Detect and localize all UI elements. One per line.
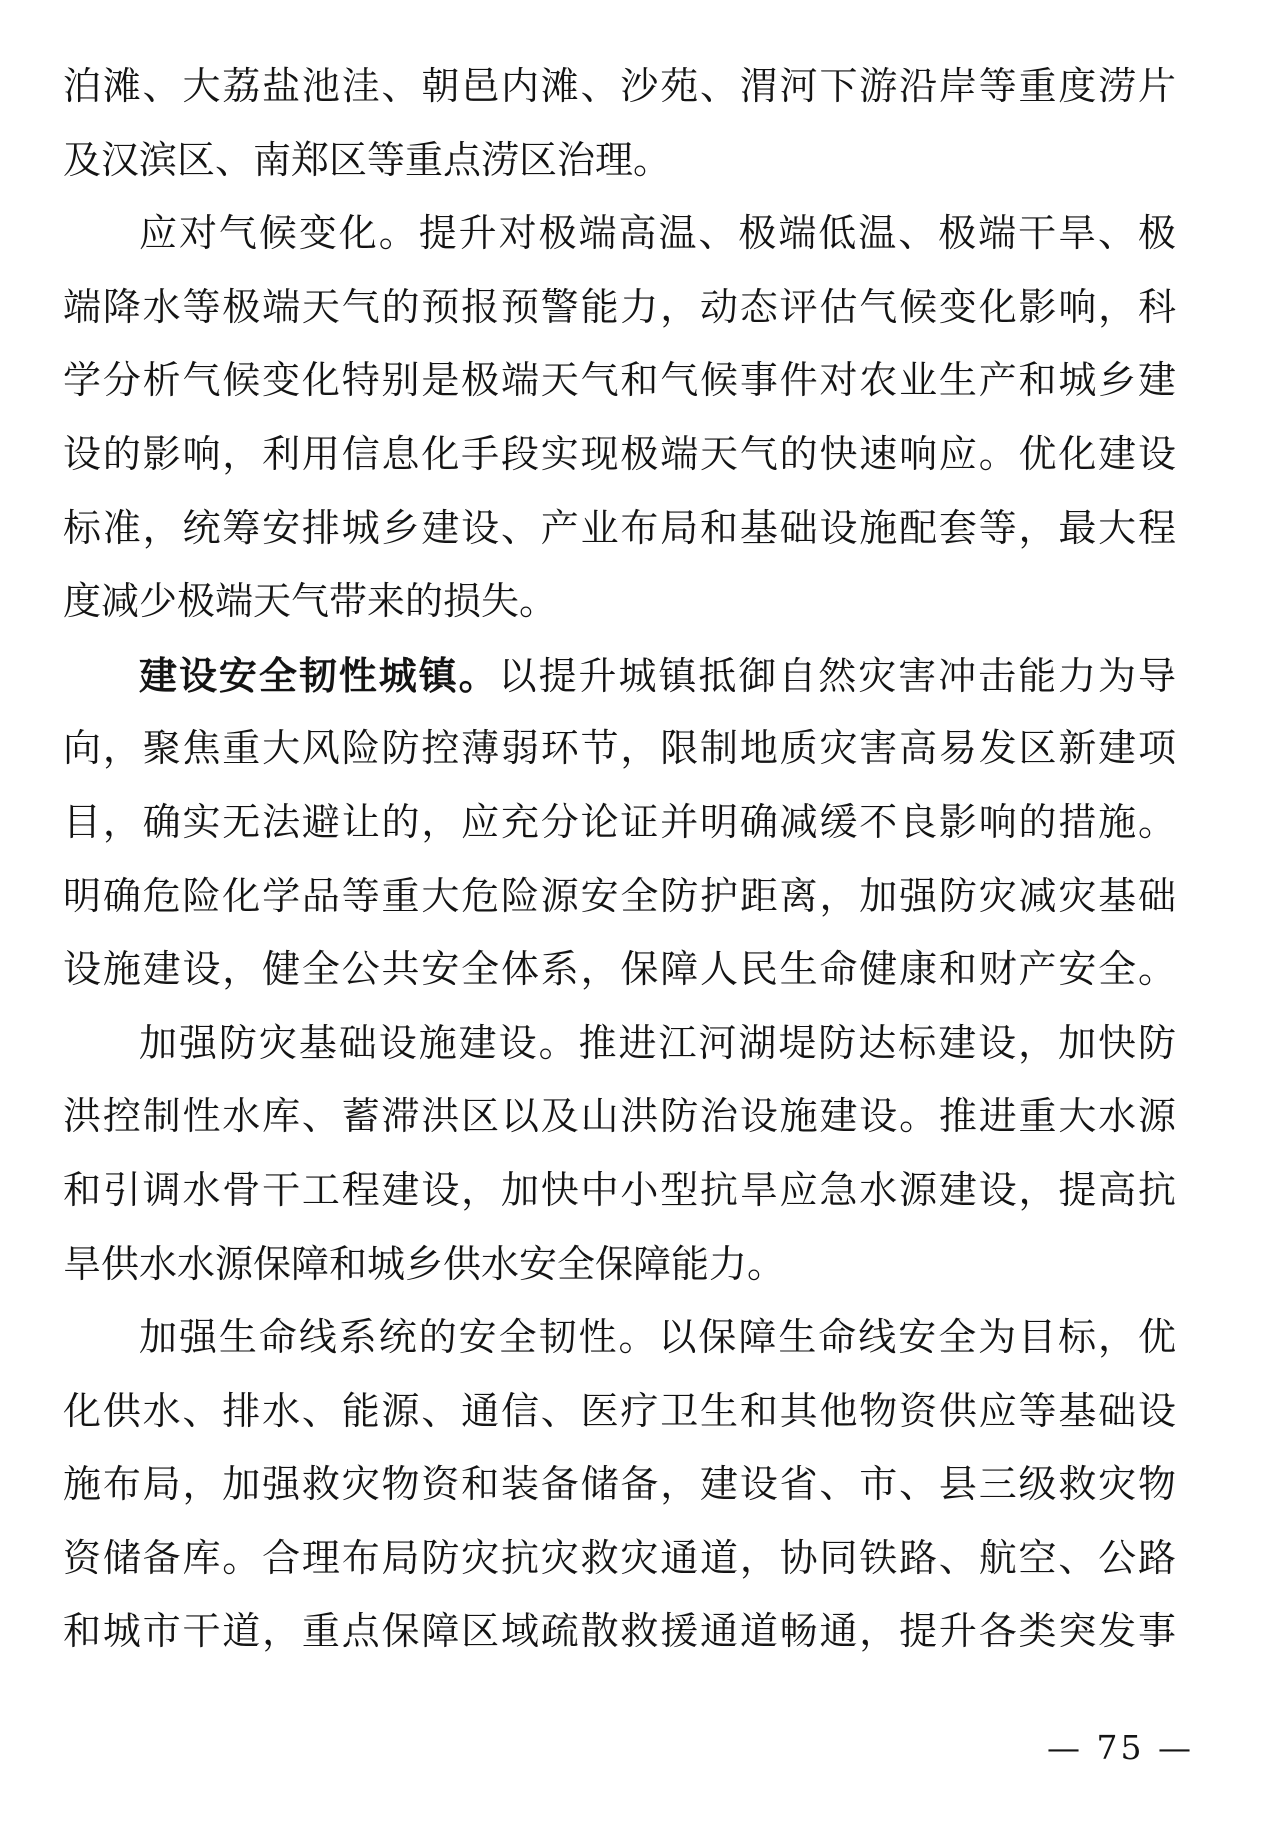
text-line: 和城市干道，重点保障区域疏散救援通道畅通，提升各类突发事 xyxy=(63,1595,1176,1669)
text-line: 应对气候变化。提升对极端高温、极端低温、极端干旱、极 xyxy=(63,197,1176,271)
text-line: 目，确实无法避让的，应充分论证并明确减缓不良影响的措施。 xyxy=(63,786,1176,860)
text-line: 设的影响，利用信息化手段实现极端天气的快速响应。优化建设 xyxy=(63,418,1176,492)
text-line: 度减少极端天气带来的损失。 xyxy=(63,565,1176,639)
text-line: 洪控制性水库、蓄滞洪区以及山洪防治设施建设。推进重大水源 xyxy=(63,1080,1176,1154)
text-line: 加强防灾基础设施建设。推进江河湖堤防达标建设，加快防 xyxy=(63,1007,1176,1081)
text-line: 明确危险化学品等重大危险源安全防护距离，加强防灾减灾基础 xyxy=(63,860,1176,934)
document-page: { "page": { "background": "#ffffff", "te… xyxy=(0,0,1280,1846)
text-line: 及汉滨区、南郑区等重点涝区治理。 xyxy=(63,124,1176,198)
text-line-continuation: 以提升城镇抵御自然灾害冲击能力为导 xyxy=(499,654,1176,698)
page-number: — 75 — xyxy=(1047,1728,1194,1767)
text-line: 设施建设，健全公共安全体系，保障人民生命健康和财产安全。 xyxy=(63,933,1176,1007)
text-line: 标准，统筹安排城乡建设、产业布局和基础设施配套等，最大程 xyxy=(63,492,1176,566)
text-block: 泊滩、大荔盐池洼、朝邑内滩、沙苑、渭河下游沿岸等重度涝片 及汉滨区、南郑区等重点… xyxy=(63,50,1176,1669)
text-line: 化供水、排水、能源、通信、医疗卫生和其他物资供应等基础设 xyxy=(63,1375,1176,1449)
text-line: 和引调水骨干工程建设，加快中小型抗旱应急水源建设，提高抗 xyxy=(63,1154,1176,1228)
bold-lead-phrase: 建设安全韧性城镇。 xyxy=(139,653,499,698)
text-line: 泊滩、大荔盐池洼、朝邑内滩、沙苑、渭河下游沿岸等重度涝片 xyxy=(63,50,1176,124)
text-line: 学分析气候变化特别是极端天气和气候事件对农业生产和城乡建 xyxy=(63,344,1176,418)
text-line: 施布局，加强救灾物资和装备储备，建设省、市、县三级救灾物 xyxy=(63,1448,1176,1522)
text-line: 端降水等极端天气的预报预警能力，动态评估气候变化影响，科 xyxy=(63,271,1176,345)
text-line: 向，聚焦重大风险防控薄弱环节，限制地质灾害高易发区新建项 xyxy=(63,712,1176,786)
text-line: 加强生命线系统的安全韧性。以保障生命线安全为目标，优 xyxy=(63,1301,1176,1375)
text-line: 建设安全韧性城镇。以提升城镇抵御自然灾害冲击能力为导 xyxy=(63,639,1176,713)
text-line: 资储备库。合理布局防灾抗灾救灾通道，协同铁路、航空、公路 xyxy=(63,1522,1176,1596)
text-line: 旱供水水源保障和城乡供水安全保障能力。 xyxy=(63,1228,1176,1302)
